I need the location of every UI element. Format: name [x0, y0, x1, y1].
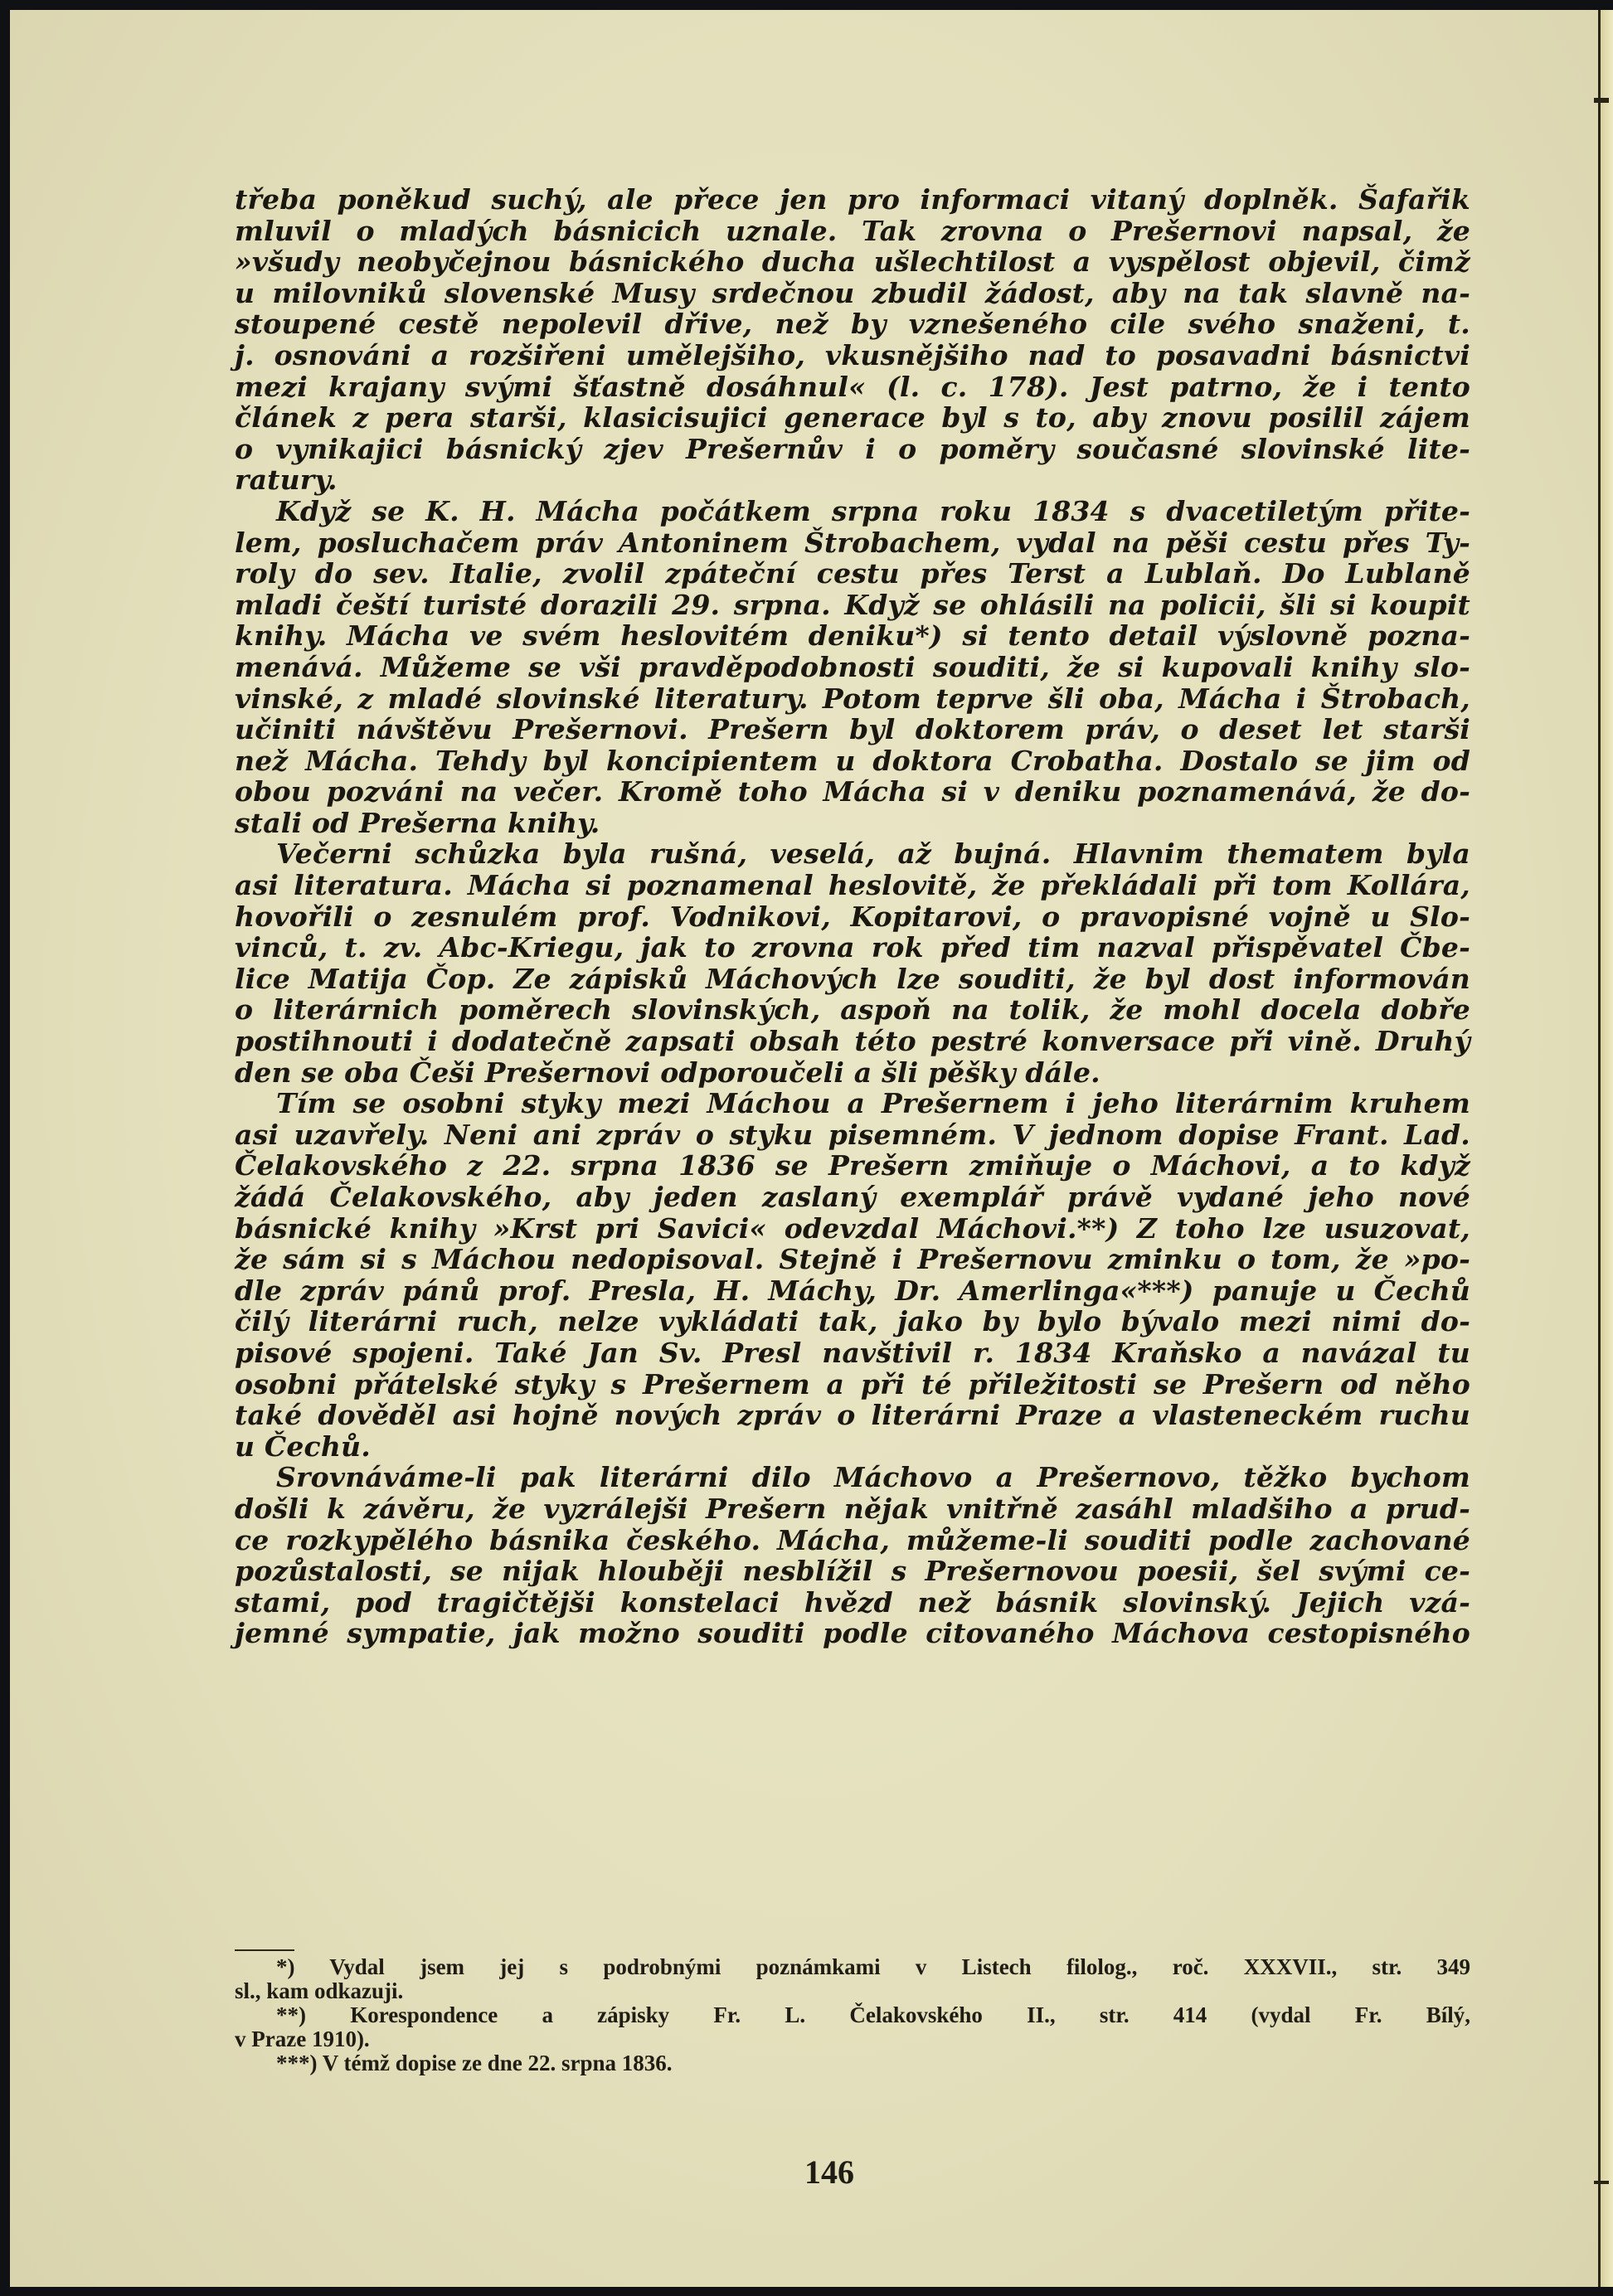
text-line: postihnouti i dodatečně zapsati obsah té…	[235, 1026, 1470, 1057]
text-line: třeba poněkud suchý, ale přece jen pro i…	[235, 184, 1470, 216]
page-binding-edge	[1598, 10, 1601, 2287]
footnotes: *) Vydal jsem jej s podrobnými poznámkam…	[235, 1955, 1470, 2075]
text-line: Srovnáváme-li pak literárni dilo Máchovo…	[235, 1462, 1470, 1493]
text-line: asi uzavřely. Neni ani zpráv o styku pis…	[235, 1119, 1470, 1151]
text-line: Večerni schůzka byla rušná, veselá, až b…	[235, 838, 1470, 870]
text-line: Když se K. H. Mácha počátkem srpna roku …	[235, 496, 1470, 527]
text-line: den se oba Češi Prešernovi odporoučeli a…	[235, 1057, 1470, 1089]
text-line: asi literatura. Mácha si poznamenal hesl…	[235, 870, 1470, 901]
text-line: osobni přátelské styky s Prešernem a při…	[235, 1369, 1470, 1400]
text-line: lem, posluchačem práv Antoninem Štrobach…	[235, 527, 1470, 559]
text-line: ce rozkypělého básnika českého. Mácha, m…	[235, 1525, 1470, 1556]
text-line: čilý literárni ruch, nelze vykládati tak…	[235, 1306, 1470, 1337]
text-line: knihy. Mácha ve svém heslovitém deniku*)…	[235, 620, 1470, 652]
text-line: dle zpráv pánů prof. Presla, H. Máchy, D…	[235, 1275, 1470, 1307]
footnote-line: sl., kam odkazuji.	[235, 1979, 1470, 2003]
text-line: o vynikajici básnický zjev Prešernův i o…	[235, 434, 1470, 465]
adjacent-page-edge	[1601, 10, 1613, 2287]
text-line: obou pozváni na večer. Kromě toho Mácha …	[235, 776, 1470, 808]
text-line: mluvil o mladých básnicich uznale. Tak z…	[235, 216, 1470, 247]
text-line: »všudy neobyčejnou básnického ducha ušle…	[235, 246, 1470, 278]
text-line: jemné sympatie, jak možno souditi podle …	[235, 1618, 1470, 1649]
footnote-separator	[235, 1949, 294, 1951]
text-line: Tím se osobni styky mezi Máchou a Prešer…	[235, 1088, 1470, 1119]
text-line: u milovniků slovenské Musy srdečnou zbud…	[235, 278, 1470, 309]
text-line: stami, pod tragičtějši konstelaci hvězd …	[235, 1587, 1470, 1619]
text-line: vinské, z mladé slovinské literatury. Po…	[235, 683, 1470, 715]
text-line: vinců, t. zv. Abc-Kriegu, jak to zrovna …	[235, 932, 1470, 964]
text-line: stali od Prešerna knihy.	[235, 808, 1470, 839]
text-line: žádá Čelakovského, aby jeden zaslaný exe…	[235, 1182, 1470, 1213]
text-line: j. osnováni a rozšiřeni umělejšiho, vkus…	[235, 340, 1470, 371]
text-line: básnické knihy »Krst pri Savici« odevzda…	[235, 1213, 1470, 1245]
text-line: roly do sev. Italie, zvolil zpáteční ces…	[235, 558, 1470, 590]
text-line: u Čechů.	[235, 1431, 1470, 1463]
text-line: také dověděl asi hojně nových zpráv o li…	[235, 1400, 1470, 1431]
text-line: učiniti návštěvu Prešernovi. Prešern byl…	[235, 714, 1470, 745]
text-line: pozůstalosti, se nijak hlouběji nesblíži…	[235, 1556, 1470, 1587]
page-number: 146	[788, 2153, 871, 2192]
text-line: lice Matija Čop. Ze zápisků Máchových lz…	[235, 964, 1470, 995]
text-line: Čelakovského z 22. srpna 1836 se Prešern…	[235, 1150, 1470, 1182]
text-line: článek z pera starši, klasicisujici gene…	[235, 402, 1470, 434]
footnote-line: **) Korespondence a zápisky Fr. L. Čelak…	[235, 2003, 1470, 2027]
edge-mark-top	[1594, 98, 1609, 103]
footnote-line: v Praze 1910).	[235, 2027, 1470, 2051]
edge-mark-bottom	[1594, 2181, 1609, 2184]
footnote-line: ***) V témž dopise ze dne 22. srpna 1836…	[235, 2051, 1470, 2075]
text-line: než Mácha. Tehdy byl koncipientem u dokt…	[235, 745, 1470, 777]
text-line: mezi krajany svými šťastně dosáhnul« (l.…	[235, 371, 1470, 403]
text-line: že sám si s Máchou nedopisoval. Stejně i…	[235, 1244, 1470, 1275]
text-line: mladi čeští turisté dorazili 29. srpna. …	[235, 590, 1470, 621]
footnote-line: *) Vydal jsem jej s podrobnými poznámkam…	[235, 1955, 1470, 1979]
text-line: o literárnich poměrech slovinských, aspo…	[235, 994, 1470, 1026]
text-line: hovořili o zesnulém prof. Vodnikovi, Kop…	[235, 901, 1470, 933]
text-line: pisové spojeni. Také Jan Sv. Presl navšt…	[235, 1337, 1470, 1369]
text-line: ratury.	[235, 464, 1470, 496]
text-line: menává. Můžeme se vši pravděpodobnosti s…	[235, 652, 1470, 683]
text-line: došli k závěru, že vyzrálejši Prešern ně…	[235, 1493, 1470, 1525]
text-line: stoupené cestě nepolevil dřive, než by v…	[235, 308, 1470, 340]
body-text: třeba poněkud suchý, ale přece jen pro i…	[235, 184, 1470, 1649]
